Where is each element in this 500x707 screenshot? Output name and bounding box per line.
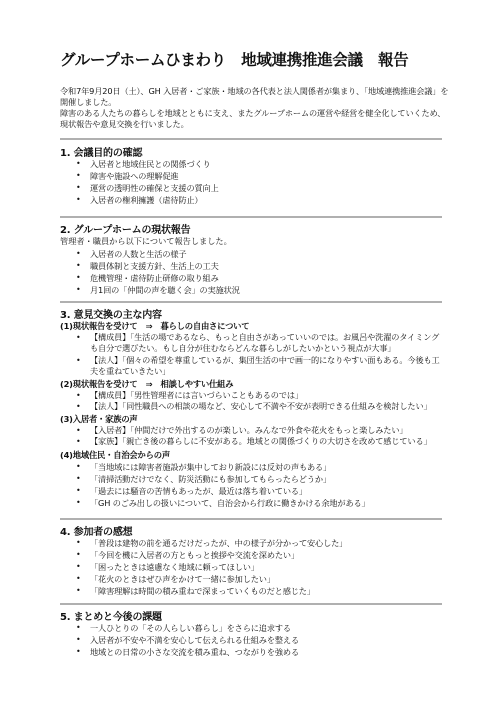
- subsection-3-3-list: 【入居者】「仲間だけで外出するのが楽しい。みんなで外食や花火をもっと楽しみたい」…: [60, 425, 445, 448]
- section-1-list: 入居者と地域住民との関係づくり 障害や施設への理解促進 運営の透明性の確保と支援…: [60, 158, 445, 206]
- intro-line-2: 障害のある人たちの暮らしを地域とともに支え、またグループホームの運営や経営を健全…: [60, 108, 450, 130]
- list-item: 【家族】「親亡き後の暮らしに不安がある。地域との関係づくりの大切さを改めて感じて…: [60, 436, 445, 447]
- list-item: 入居者が不安や不満を安心して伝えられる仕組みを整える: [60, 634, 445, 646]
- section-heading-2: 2. グループホームの現状報告: [60, 221, 190, 236]
- section-heading-1: 1. 会議目的の確認: [60, 144, 142, 159]
- list-item: 【構成員】「男性管理者には言いづらいこともあるのでは」: [60, 390, 445, 401]
- list-item: 入居者の権利擁護（虐待防止）: [60, 194, 445, 206]
- section-2-list: 入居者の人数と生活の様子 職員体制と支援方針、生活上の工夫 危機管理・虐待防止研…: [60, 248, 445, 296]
- document-title: グループホームひまわり 地域連携推進会議 報告: [60, 48, 408, 70]
- subsection-heading-3-4: (4)地域住民・自治会からの声: [60, 449, 170, 461]
- list-item: 「当地域には障害者施設が集中しており新設には反対の声もある」: [60, 461, 445, 473]
- list-item: 【入居者】「仲間だけで外出するのが楽しい。みんなで外食や花火をもっと楽しみたい」: [60, 425, 445, 436]
- section-divider: [60, 603, 442, 605]
- section-heading-5: 5. まとめと今後の課題: [60, 608, 162, 623]
- subsection-heading-3-2: (2)現状報告を受けて ⇒ 相談しやすい仕組み: [60, 378, 233, 390]
- subsection-3-1-list: 【構成員】「生活の場であるなら、もっと自由さがあっていいのでは。お風呂や洗濯のタ…: [60, 332, 445, 378]
- list-item: 入居者の人数と生活の様子: [60, 248, 445, 260]
- list-item: 【構成員】「生活の場であるなら、もっと自由さがあっていいのでは。お風呂や洗濯のタ…: [60, 332, 445, 355]
- list-item: 「普段は建物の前を通るだけだったが、中の様子が分かって安心した」: [60, 537, 445, 549]
- section-2-lead: 管理者・職員から以下について報告しました。: [60, 236, 232, 247]
- list-item: 入居者と地域住民との関係づくり: [60, 158, 445, 170]
- list-item: 【法人】「個々の希望を尊重しているが、集団生活の中で画一的になりやすい面もある。…: [60, 355, 445, 378]
- list-item: 「過去には騒音の苦情もあったが、最近は落ち着いている」: [60, 485, 445, 497]
- list-item: 「今回を機に入居者の方ともっと挨拶や交流を深めたい」: [60, 549, 445, 561]
- section-5-list: 一人ひとりの「その人らしい暮らし」をさらに追求する 入居者が不安や不満を安心して…: [60, 622, 445, 658]
- list-item: 危機管理・虐待防止研修の取り組み: [60, 272, 445, 284]
- list-item: 「障害理解は時間の積み重ねで深まっていくものだと感じた」: [60, 585, 445, 597]
- list-item: 「花火のときはぜひ声をかけて一緒に参加したい」: [60, 573, 445, 585]
- subsection-3-4-list: 「当地域には障害者施設が集中しており新設には反対の声もある」 「清掃活動だけでな…: [60, 461, 445, 509]
- section-4-list: 「普段は建物の前を通るだけだったが、中の様子が分かって安心した」 「今回を機に入…: [60, 537, 445, 597]
- intro-line-1: 令和7年9月20日（土）、GH 入居者・ご家族・地域の各代表と法人関係者が集まり…: [60, 86, 450, 108]
- section-divider: [60, 518, 442, 520]
- section-divider: [60, 138, 442, 140]
- list-item: 一人ひとりの「その人らしい暮らし」をさらに追求する: [60, 622, 445, 634]
- section-heading-3: 3. 意見交換の主な内容: [60, 306, 162, 321]
- section-divider: [60, 301, 442, 303]
- list-item: 「困ったときは遠慮なく地域に頼ってほしい」: [60, 561, 445, 573]
- subsection-3-2-list: 【構成員】「男性管理者には言いづらいこともあるのでは」 【法人】「同性職員への相…: [60, 390, 445, 413]
- list-item: 運営の透明性の確保と支援の質向上: [60, 182, 445, 194]
- list-item: 職員体制と支援方針、生活上の工夫: [60, 260, 445, 272]
- subsection-heading-3-3: (3)入居者・家族の声: [60, 413, 138, 425]
- list-item: 【法人】「同性職員への相談の場など、安心して不満や不安が表明できる仕組みを検討し…: [60, 401, 445, 412]
- list-item: 障害や施設への理解促進: [60, 170, 445, 182]
- list-item: 地域との日常の小さな交流を積み重ね、つながりを強める: [60, 646, 445, 658]
- list-item: 「清掃活動だけでなく、防災活動にも参加してもらったらどうか」: [60, 473, 445, 485]
- section-heading-4: 4. 参加者の感想: [60, 523, 132, 538]
- subsection-heading-3-1: (1)現状報告を受けて ⇒ 暮らしの自由さについて: [60, 320, 249, 332]
- list-item: 「GH のごみ出しの扱いについて、自治会から行政に働きかける余地がある」: [60, 497, 445, 509]
- section-divider: [60, 216, 442, 218]
- list-item: 月1回の「仲間の声を聴く会」の実施状況: [60, 284, 445, 296]
- intro-paragraph: 令和7年9月20日（土）、GH 入居者・ご家族・地域の各代表と法人関係者が集まり…: [60, 86, 450, 130]
